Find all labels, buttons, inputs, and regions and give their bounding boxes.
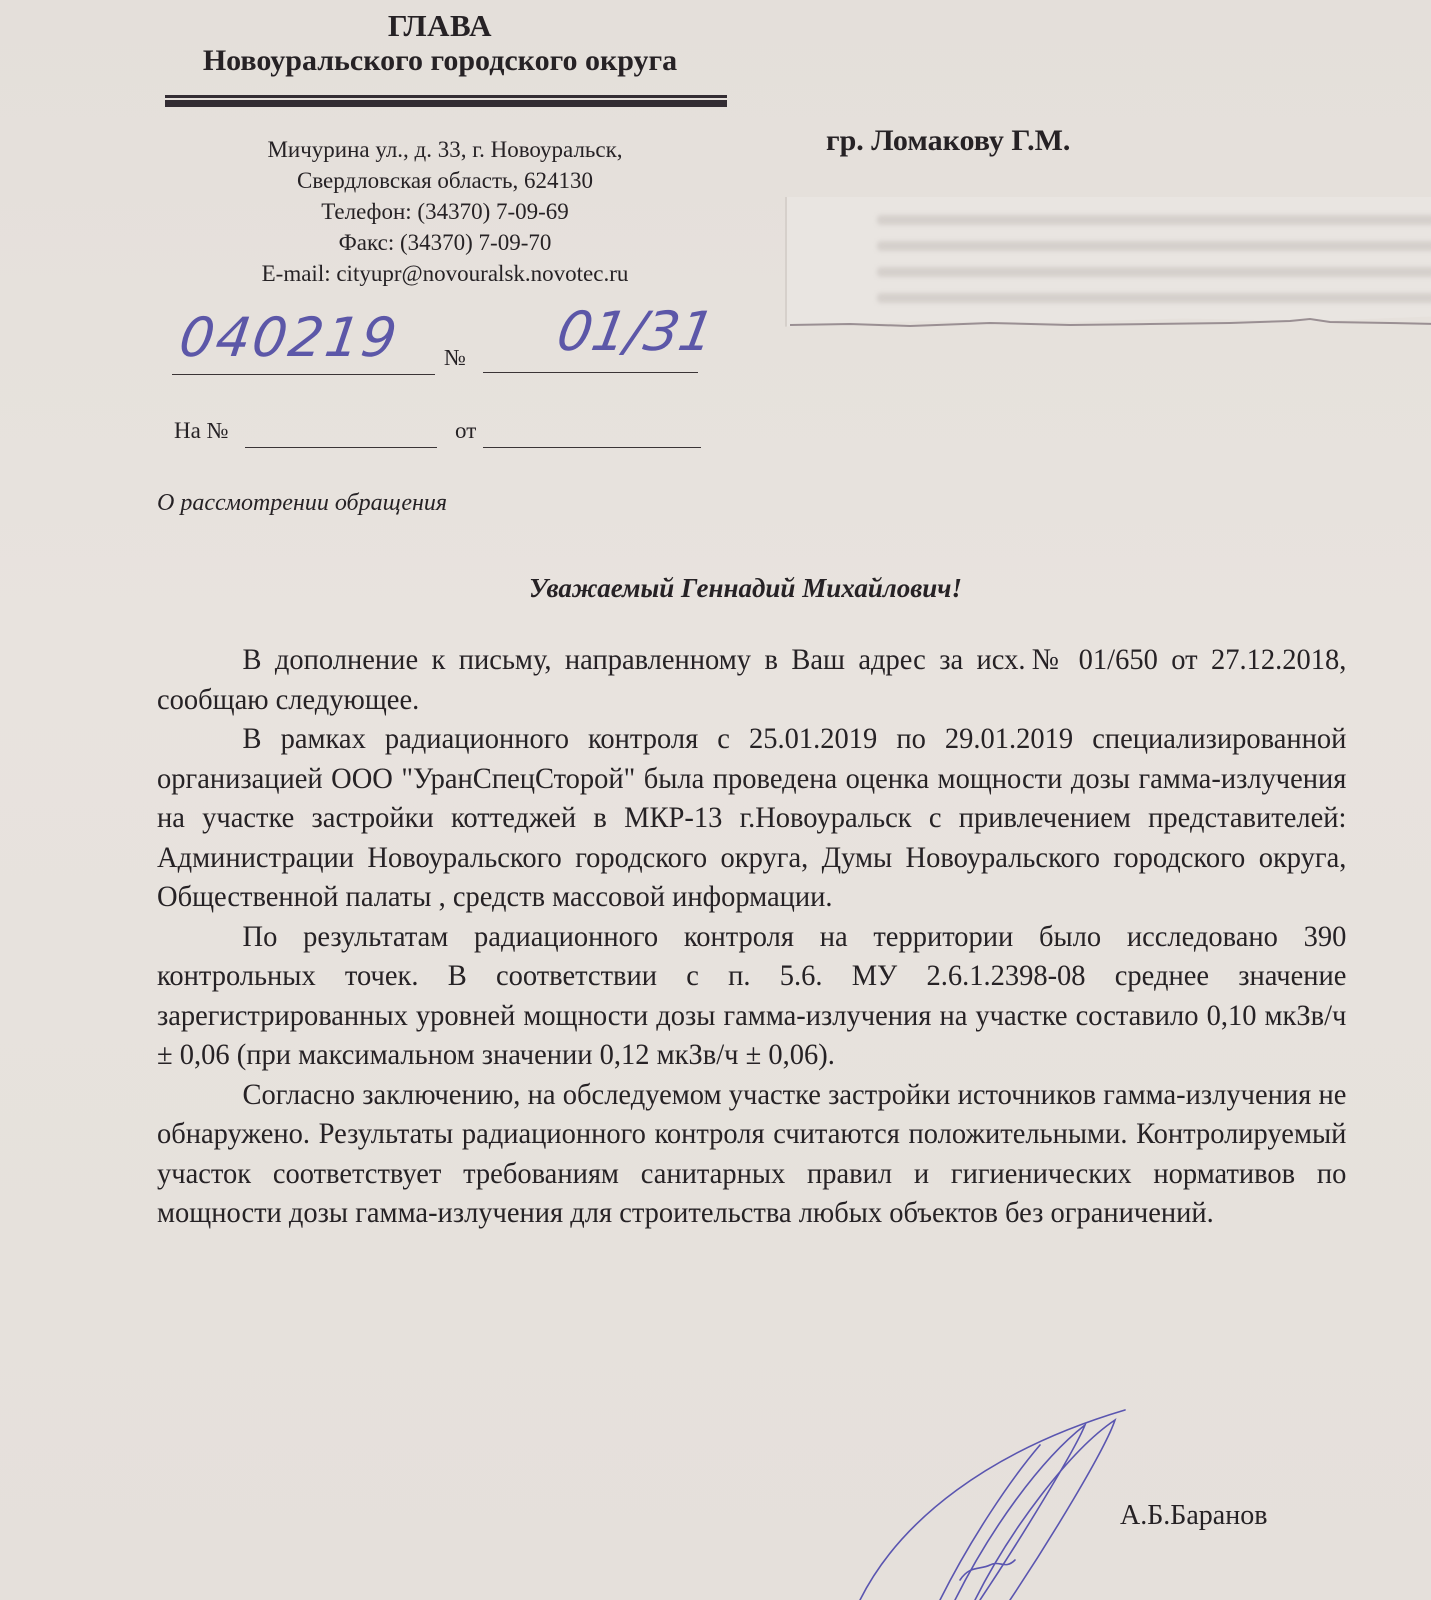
letterhead-contacts: Мичурина ул., д. 33, г. Новоуральск, Све…	[200, 134, 690, 289]
signer-name: А.Б.Баранов	[1120, 1500, 1267, 1532]
reply-to-number-blank	[245, 447, 437, 448]
reply-to-number-label: На №	[174, 418, 229, 444]
fax-line: Факс: (34370) 7-09-70	[200, 227, 690, 258]
date-underline	[172, 374, 435, 375]
handwritten-signature	[840, 1370, 1160, 1600]
body-paragraph: По результатам радиационного контроля на…	[157, 917, 1346, 1075]
reply-from-blank	[483, 447, 701, 448]
reply-from-label: от	[455, 418, 476, 444]
body-paragraph: В дополнение к письму, направленному в В…	[157, 640, 1346, 719]
letterhead-rule-thin	[165, 95, 727, 98]
body-paragraph: В рамках радиационного контроля с 25.01.…	[157, 719, 1346, 917]
pasted-paper-slip	[785, 197, 1431, 332]
body-paragraph: Согласно заключению, на обследуемом учас…	[157, 1075, 1346, 1233]
address-line-region: Свердловская область, 624130	[200, 165, 690, 196]
illegible-text-line	[877, 215, 1431, 225]
phone-line: Телефон: (34370) 7-09-69	[200, 196, 690, 227]
registration-number-label: №	[444, 345, 466, 371]
letterhead-rule-thick	[165, 100, 727, 107]
registration-number-handwritten: 01/31	[552, 300, 719, 363]
letterhead-organization: Новоуральского городского округа	[160, 44, 720, 78]
registration-date-handwritten: 040219	[176, 306, 403, 369]
email-line: E-mail: cityupr@novouralsk.novotec.ru	[200, 258, 690, 289]
illegible-text-line	[877, 293, 1431, 303]
salutation: Уважаемый Геннадий Михайлович!	[0, 573, 1431, 604]
recipient-name: гр. Ломакову Г.М.	[826, 124, 1070, 158]
illegible-text-line	[877, 267, 1431, 277]
letter-body: В дополнение к письму, направленному в В…	[157, 640, 1346, 1233]
torn-paper-edge	[790, 315, 1431, 329]
number-underline	[483, 372, 698, 373]
letter-subject: О рассмотрении обращения	[157, 490, 447, 517]
letterhead-title: ГЛАВА	[160, 8, 720, 44]
address-line-street: Мичурина ул., д. 33, г. Новоуральск,	[200, 134, 690, 165]
illegible-text-line	[877, 241, 1431, 251]
